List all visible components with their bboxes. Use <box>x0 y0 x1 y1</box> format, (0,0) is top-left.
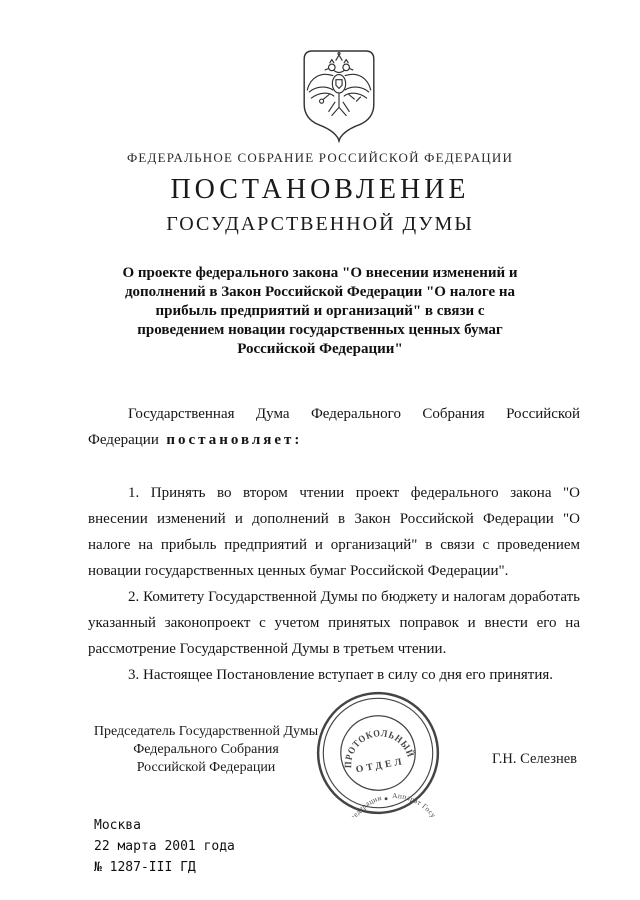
signature-position: Председатель Государственной Думы Федера… <box>84 723 328 777</box>
doc-type-heading: ПОСТАНОВЛЕНИЕ <box>0 174 640 206</box>
signature-line: Российской Федерации <box>84 759 328 777</box>
paragraph-1: 1. Принять во втором чтении проект федер… <box>88 480 580 584</box>
footer-date: 22 марта 2001 года <box>94 836 235 857</box>
title-line: дополнений в Закон Российской Федерации … <box>90 283 550 302</box>
footer-city: Москва <box>94 815 235 836</box>
title-line: проведением новации государственных ценн… <box>90 321 550 340</box>
footer-block: Москва 22 марта 2001 года № 1287-III ГД <box>94 815 235 878</box>
doc-org-heading: ГОСУДАРСТВЕННОЙ ДУМЫ <box>0 213 640 236</box>
signature-name: Г.Н. Селезнев <box>492 751 577 768</box>
stamp-center-text: ОТДЕЛ <box>355 756 406 775</box>
document-title: О проекте федерального закона "О внесени… <box>90 264 550 359</box>
preamble: Государственная Дума Федерального Собран… <box>88 401 580 453</box>
document-page: ФЕДЕРАЛЬНОЕ СОБРАНИЕ РОССИЙСКОЙ ФЕДЕРАЦИ… <box>0 0 640 900</box>
coat-of-arms-icon <box>296 44 382 144</box>
title-line: О проекте федерального закона "О внесени… <box>90 264 550 283</box>
document-body: Государственная Дума Федерального Собран… <box>88 401 580 688</box>
footer-number: № 1287-III ГД <box>94 857 235 878</box>
preamble-text: Государственная Дума Федерального Собран… <box>88 406 580 448</box>
title-line: Российской Федерации" <box>90 340 550 359</box>
org-line: ФЕДЕРАЛЬНОЕ СОБРАНИЕ РОССИЙСКОЙ ФЕДЕРАЦИ… <box>0 150 640 166</box>
preamble-resolves: постановляет: <box>166 432 302 448</box>
paragraph-2: 2. Комитету Государственной Думы по бюдж… <box>88 584 580 662</box>
paragraph-3: 3. Настоящее Постановление вступает в си… <box>88 662 580 688</box>
signature-line: Федерального Собрания <box>84 741 328 759</box>
signature-line: Председатель Государственной Думы <box>84 723 328 741</box>
protocol-department-stamp: Аппарат Государственной Думы Федеральног… <box>314 689 442 817</box>
title-line: прибыль предприятий и организаций" в свя… <box>90 302 550 321</box>
